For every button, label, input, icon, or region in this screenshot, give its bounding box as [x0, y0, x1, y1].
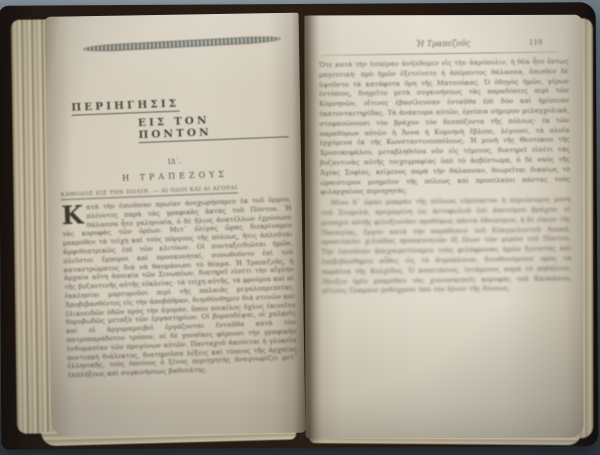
left-body-paragraph: ατὰ τὴν ἐπιοῦσαν πρωίαν ἀνεχωρήσαμεν ἐκ …	[62, 195, 297, 379]
right-page-content: Ἡ Τραπεζοῦς 119 Ὅτε κατὰ τὴν ἑσπέραν ἀνή…	[318, 21, 574, 432]
drop-cap: Κ	[61, 204, 84, 226]
right-page: Ἡ Τραπεζοῦς 119 Ὅτε κατὰ τὴν ἑσπέραν ἀνή…	[304, 15, 583, 439]
running-header-row: Ἡ Τραπεζοῦς 119	[318, 37, 568, 52]
left-page-content: ΠΕΡΙΗΓΗΣΙΣ ΕΙΣ ΤΟΝ ΠΟΝΤΟΝ ΙΔ΄. Η ΤΡΑΠΕΖΟ…	[54, 16, 300, 431]
book-cover: ΠΕΡΙΗΓΗΣΙΣ ΕΙΣ ΤΟΝ ΠΟΝΤΟΝ ΙΔ΄. Η ΤΡΑΠΕΖΟ…	[0, 2, 598, 450]
page-number: 119	[529, 39, 542, 47]
right-body-paragraph-1: Ὅτε κατὰ τὴν ἑσπέραν ἀνήλθομεν εἰς τὴν ἀ…	[319, 57, 571, 198]
ornament-band-icon	[83, 35, 281, 53]
left-page: ΠΕΡΙΗΓΗΣΙΣ ΕΙΣ ΤΟΝ ΠΟΝΤΟΝ ΙΔ΄. Η ΤΡΑΠΕΖΟ…	[45, 13, 306, 437]
chapter-title: Η ΤΡΑΠΕΖΟΥΣ	[60, 167, 290, 185]
right-body-paragraph-2: Μίαν δ᾽ ὥραν μακρὰν τῆς πόλεως εὑρίσκετα…	[321, 195, 572, 297]
book-photo: ΠΕΡΙΗΓΗΣΙΣ ΕΙΣ ΤΟΝ ΠΟΝΤΟΝ ΙΔ΄. Η ΤΡΑΠΕΖΟ…	[0, 0, 600, 455]
left-page-body-text: Κατὰ τὴν ἐπιοῦσαν πρωίαν ἀνεχωρήσαμεν ἐκ…	[61, 195, 298, 380]
book-title-line2: ΕΙΣ ΤΟΝ ΠΟΝΤΟΝ	[138, 111, 289, 143]
header-rule	[318, 51, 560, 56]
